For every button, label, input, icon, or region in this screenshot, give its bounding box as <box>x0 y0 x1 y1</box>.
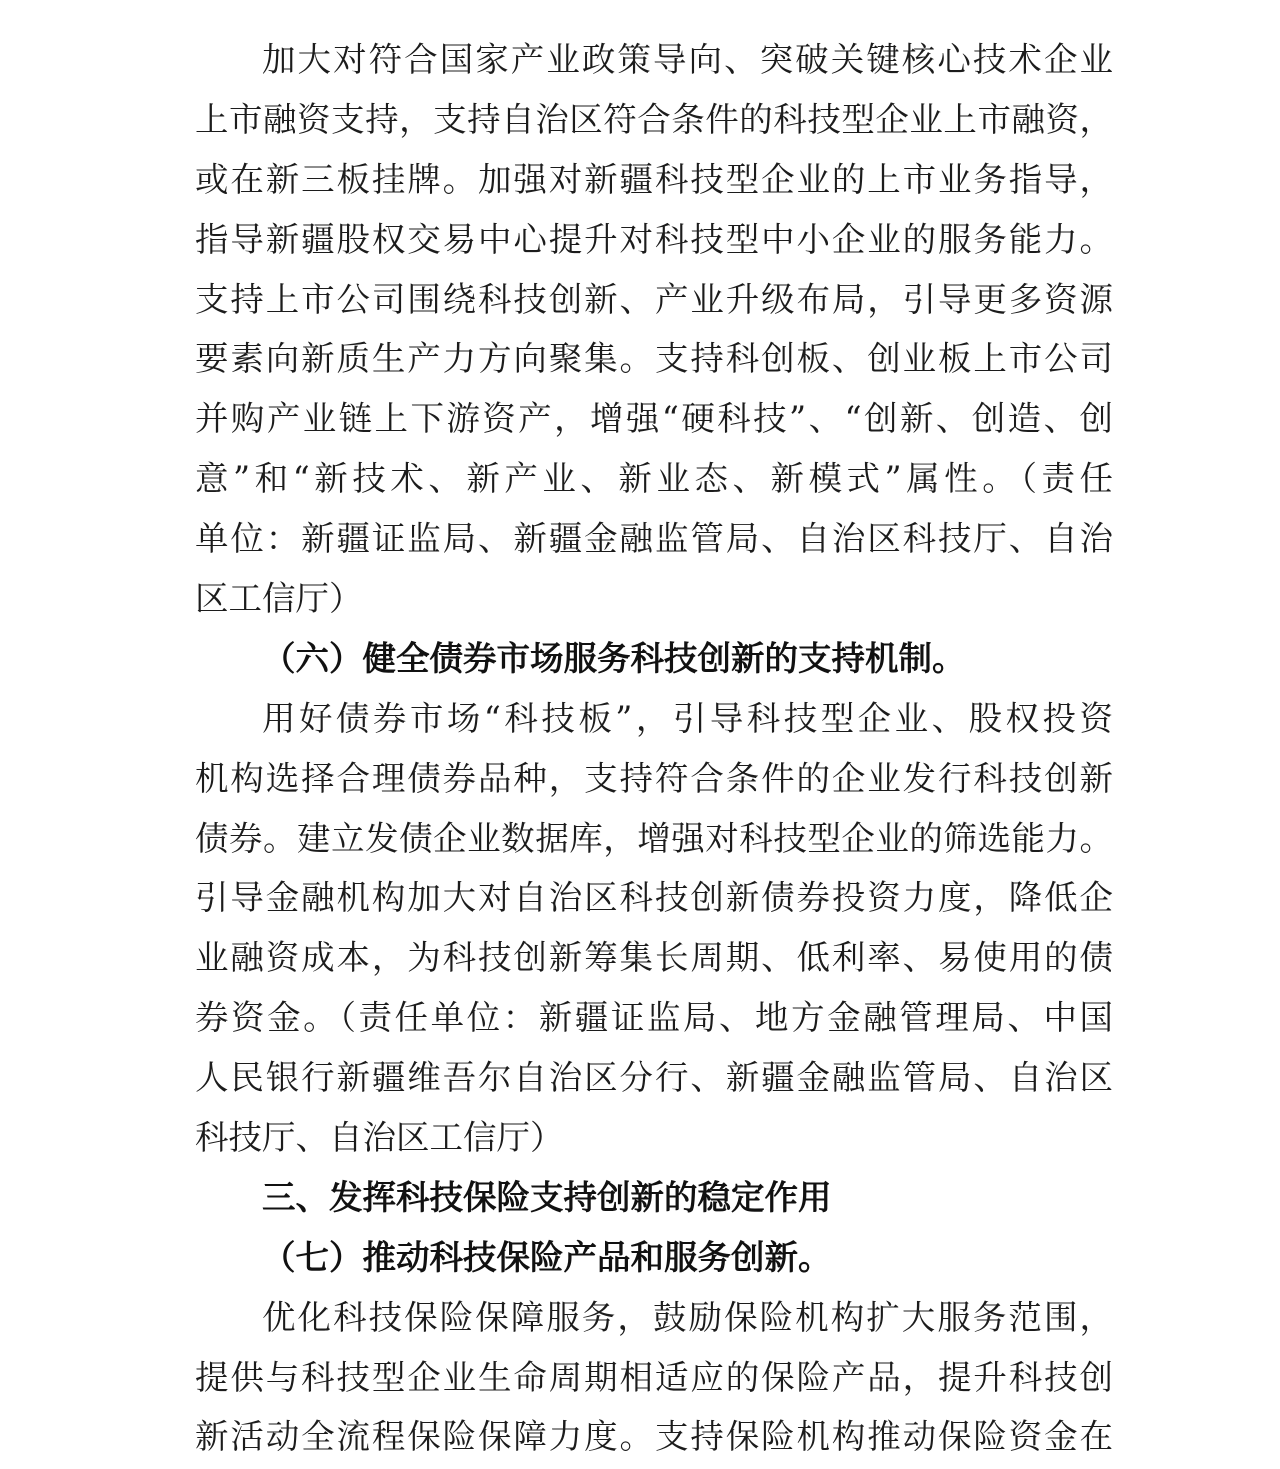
document-page: 加大对符合国家产业政策导向、突破关键核心技术企业上市融资支持，支持自治区符合条件… <box>0 0 1280 1469</box>
text-line: 人民银行新疆维吾尔自治区分行、新疆金融监管局、自治区 <box>195 1048 1113 1108</box>
text-line: 债券。建立发债企业数据库，增强对科技型企业的筛选能力。 <box>195 809 1113 869</box>
text-line: 并购产业链上下游资产，增强“硬科技”、“创新、创造、创 <box>195 389 1113 449</box>
text-line: 新活动全流程保险保障力度。支持保险机构推动保险资金在 <box>195 1407 1113 1467</box>
text-line: 单位：新疆证监局、新疆金融监管局、自治区科技厅、自治 <box>195 509 1113 569</box>
text-line: 提供与科技型企业生命周期相适应的保险产品，提升科技创 <box>195 1348 1113 1408</box>
text-line: 或在新三板挂牌。加强对新疆科技型企业的上市业务指导， <box>195 150 1113 210</box>
paragraph: 优化科技保险保障服务，鼓励保险机构扩大服务范围，提供与科技型企业生命周期相适应的… <box>195 1288 1113 1468</box>
text-line: 用好债券市场“科技板”，引导科技型企业、股权投资 <box>195 689 1113 749</box>
text-line: 要素向新质生产力方向聚集。支持科创板、创业板上市公司 <box>195 329 1113 389</box>
heading-line: （七）推动科技保险产品和服务创新。 <box>195 1228 1113 1288</box>
text-line: 引导金融机构加大对自治区科技创新债券投资力度，降低企 <box>195 868 1113 928</box>
text-line: 科技厅、自治区工信厅） <box>195 1108 1113 1168</box>
document-text-body: 加大对符合国家产业政策导向、突破关键核心技术企业上市融资支持，支持自治区符合条件… <box>195 30 1113 1467</box>
text-line: 上市融资支持，支持自治区符合条件的科技型企业上市融资， <box>195 90 1113 150</box>
heading-line: （六）健全债券市场服务科技创新的支持机制。 <box>195 629 1113 689</box>
text-line: 加大对符合国家产业政策导向、突破关键核心技术企业 <box>195 30 1113 90</box>
text-line: 指导新疆股权交易中心提升对科技型中小企业的服务能力。 <box>195 210 1113 270</box>
paragraph: 加大对符合国家产业政策导向、突破关键核心技术企业上市融资支持，支持自治区符合条件… <box>195 30 1113 629</box>
text-line: 业融资成本，为科技创新筹集长周期、低利率、易使用的债 <box>195 928 1113 988</box>
text-line: 区工信厅） <box>195 569 1113 629</box>
text-line: 优化科技保险保障服务，鼓励保险机构扩大服务范围， <box>195 1288 1113 1348</box>
text-line: 意”和“新技术、新产业、新业态、新模式”属性。（责任 <box>195 449 1113 509</box>
heading-line: 三、发挥科技保险支持创新的稳定作用 <box>195 1168 1113 1228</box>
section-heading: 三、发挥科技保险支持创新的稳定作用 <box>195 1168 1113 1228</box>
text-line: 券资金。（责任单位：新疆证监局、地方金融管理局、中国 <box>195 988 1113 1048</box>
paragraph: 用好债券市场“科技板”，引导科技型企业、股权投资机构选择合理债券品种，支持符合条… <box>195 689 1113 1168</box>
section-heading: （六）健全债券市场服务科技创新的支持机制。 <box>195 629 1113 689</box>
text-line: 机构选择合理债券品种，支持符合条件的企业发行科技创新 <box>195 749 1113 809</box>
text-line: 支持上市公司围绕科技创新、产业升级布局，引导更多资源 <box>195 270 1113 330</box>
section-heading: （七）推动科技保险产品和服务创新。 <box>195 1228 1113 1288</box>
